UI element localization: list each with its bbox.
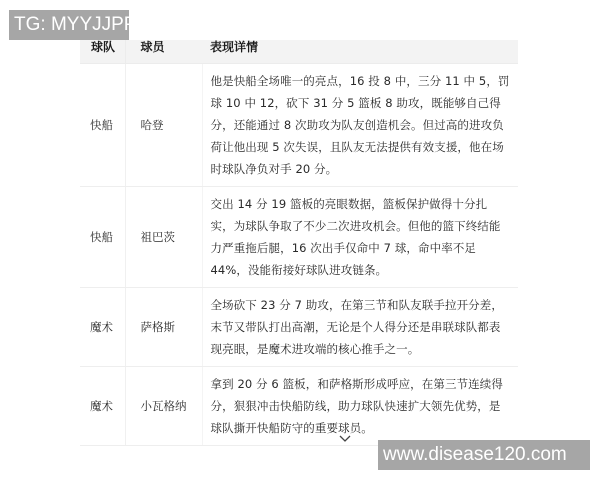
cell-team: 快船 [80, 187, 125, 288]
header-player: 球员 [125, 40, 202, 64]
cell-player: 哈登 [125, 64, 202, 187]
table-row: 魔术 萨格斯 全场砍下 23 分 7 助攻，在第三节和队友联手拉开分差，末节又带… [80, 288, 518, 367]
table-row: 魔术 小瓦格纳 拿到 20 分 6 篮板，和萨格斯形成呼应，在第三节连续得分，狠… [80, 367, 518, 446]
chevron-down-icon[interactable] [339, 428, 351, 436]
watermark-bottom: www.disease120.com [378, 440, 590, 470]
header-detail: 表现详情 [202, 40, 518, 64]
cell-detail: 交出 14 分 19 篮板的亮眼数据，篮板保护做得十分扎实，为球队争取了不少二次… [202, 187, 518, 288]
table-row: 快船 哈登 他是快船全场唯一的亮点，16 投 8 中，三分 11 中 5，罚球 … [80, 64, 518, 187]
cell-detail: 拿到 20 分 6 篮板，和萨格斯形成呼应，在第三节连续得分，狠狠冲击快船防线，… [202, 367, 518, 446]
table-row: 快船 祖巴茨 交出 14 分 19 篮板的亮眼数据，篮板保护做得十分扎实，为球队… [80, 187, 518, 288]
page: 球队 球员 表现详情 快船 哈登 他是快船全场唯一的亮点，16 投 8 中，三分… [0, 0, 600, 480]
cell-detail: 全场砍下 23 分 7 助攻，在第三节和队友联手拉开分差，末节又带队打出高潮，无… [202, 288, 518, 367]
table-body: 快船 哈登 他是快船全场唯一的亮点，16 投 8 中，三分 11 中 5，罚球 … [80, 64, 518, 446]
header-team: 球队 [80, 40, 125, 64]
cell-player: 祖巴茨 [125, 187, 202, 288]
watermark-top: TG: MYYJJPP [9, 10, 129, 40]
cell-detail: 他是快船全场唯一的亮点，16 投 8 中，三分 11 中 5，罚球 10 中 1… [202, 64, 518, 187]
table-header: 球队 球员 表现详情 [80, 40, 518, 64]
cell-team: 魔术 [80, 367, 125, 446]
player-performance-table-container: 球队 球员 表现详情 快船 哈登 他是快船全场唯一的亮点，16 投 8 中，三分… [80, 40, 518, 446]
player-performance-table: 球队 球员 表现详情 快船 哈登 他是快船全场唯一的亮点，16 投 8 中，三分… [80, 40, 518, 446]
header-row: 球队 球员 表现详情 [80, 40, 518, 64]
cell-player: 萨格斯 [125, 288, 202, 367]
cell-team: 快船 [80, 64, 125, 187]
cell-team: 魔术 [80, 288, 125, 367]
cell-player: 小瓦格纳 [125, 367, 202, 446]
